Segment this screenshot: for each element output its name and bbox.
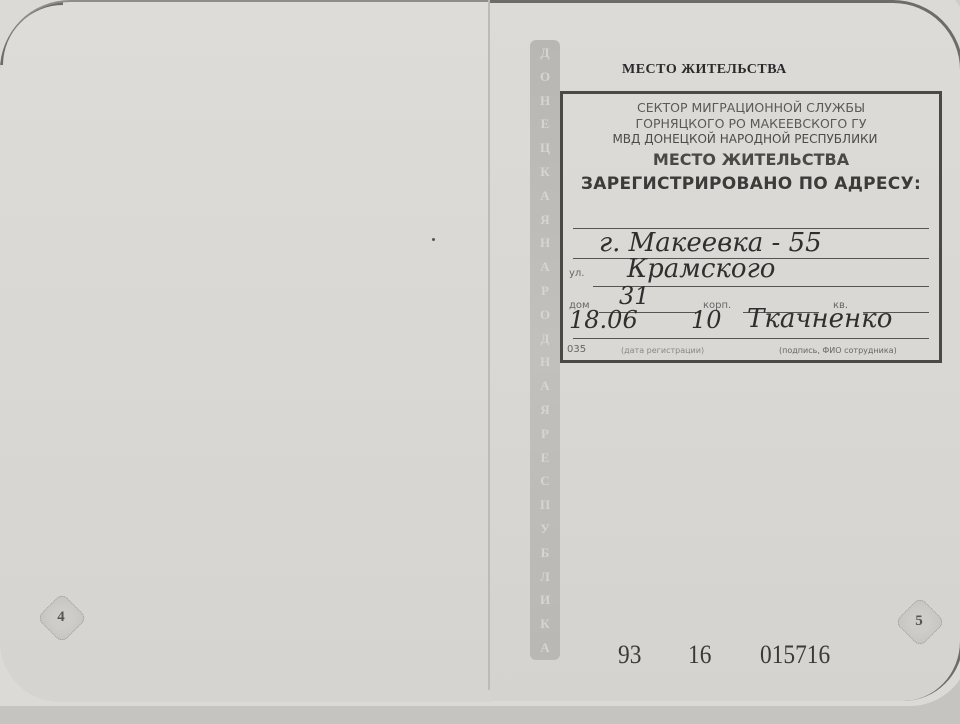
page-number-left: 4 (44, 600, 78, 634)
vertical-security-strip: ДОНЕЦКАЯНАРОДНАЯРЕСПУБЛИКА (530, 40, 560, 660)
strip-letter: Р (541, 427, 549, 440)
strip-letter: Н (540, 355, 550, 368)
strip-letter: К (540, 617, 549, 630)
footer-date-caption: (дата регистрации) (621, 346, 704, 355)
strip-letter: Ц (540, 141, 550, 154)
strip-letter: О (540, 308, 550, 321)
page-number-right: 5 (902, 604, 936, 638)
strip-letter: Н (540, 94, 550, 107)
strip-letter: Д (541, 46, 550, 59)
page-number-badge-left: 4 (44, 600, 78, 634)
strip-letter: Р (541, 284, 549, 297)
serial-number: 015716 (760, 640, 830, 670)
strip-letter: К (540, 165, 549, 178)
stamp-rule (573, 338, 929, 339)
strip-letter: Е (541, 117, 550, 130)
strip-letter: Я (540, 213, 549, 226)
strip-letter: А (540, 379, 549, 392)
strip-letter: Б (541, 546, 550, 559)
section-title: МЕСТО ЖИТЕЛЬСТВА (622, 62, 787, 78)
strip-letter: И (540, 593, 550, 606)
handwritten-date: 18.06 (569, 306, 638, 334)
strip-letter: Н (540, 236, 550, 249)
footer-signature-caption: (подпись, ФИО сотрудника) (779, 346, 897, 355)
strip-letter: Д (541, 332, 550, 345)
strip-letter: П (540, 498, 550, 511)
registration-stamp: СЕКТОР МИГРАЦИОННОЙ СЛУЖБЫ ГОРНЯЦКОГО РО… (560, 91, 942, 363)
handwritten-signature: Ткачненко (747, 304, 892, 334)
stamp-line-2: ГОРНЯЦКОГО РО МАКЕЕВСКОГО ГУ (563, 116, 939, 131)
left-page: 4 (0, 0, 490, 702)
stamp-line-4: МЕСТО ЖИТЕЛЬСТВА (563, 150, 939, 169)
strip-letter: У (540, 522, 550, 535)
strip-letter: Л (540, 570, 550, 583)
strip-letter: Я (540, 403, 549, 416)
stamp-code: 035 (567, 344, 586, 355)
serial-series-2: 16 (688, 640, 711, 670)
strip-letter: С (540, 474, 549, 487)
page-number-badge-right: 5 (902, 604, 936, 638)
strip-letter: О (540, 70, 550, 83)
strip-letter: А (540, 641, 549, 654)
handwritten-year: 10 (691, 306, 722, 334)
strip-letter: А (540, 189, 549, 202)
stamp-line-5: ЗАРЕГИСТРИРОВАНО ПО АДРЕСУ: (563, 174, 939, 194)
ink-speck (432, 238, 435, 241)
serial-series-1: 93 (618, 640, 641, 670)
strip-letter: Е (541, 451, 550, 464)
street-label: ул. (569, 268, 585, 279)
stamp-line-3: МВД ДОНЕЦКОЙ НАРОДНОЙ РЕСПУБЛИКИ (557, 132, 933, 146)
strip-letter: А (540, 260, 549, 273)
stamp-line-1: СЕКТОР МИГРАЦИОННОЙ СЛУЖБЫ (563, 100, 939, 115)
handwritten-street: Крамского (627, 254, 775, 284)
